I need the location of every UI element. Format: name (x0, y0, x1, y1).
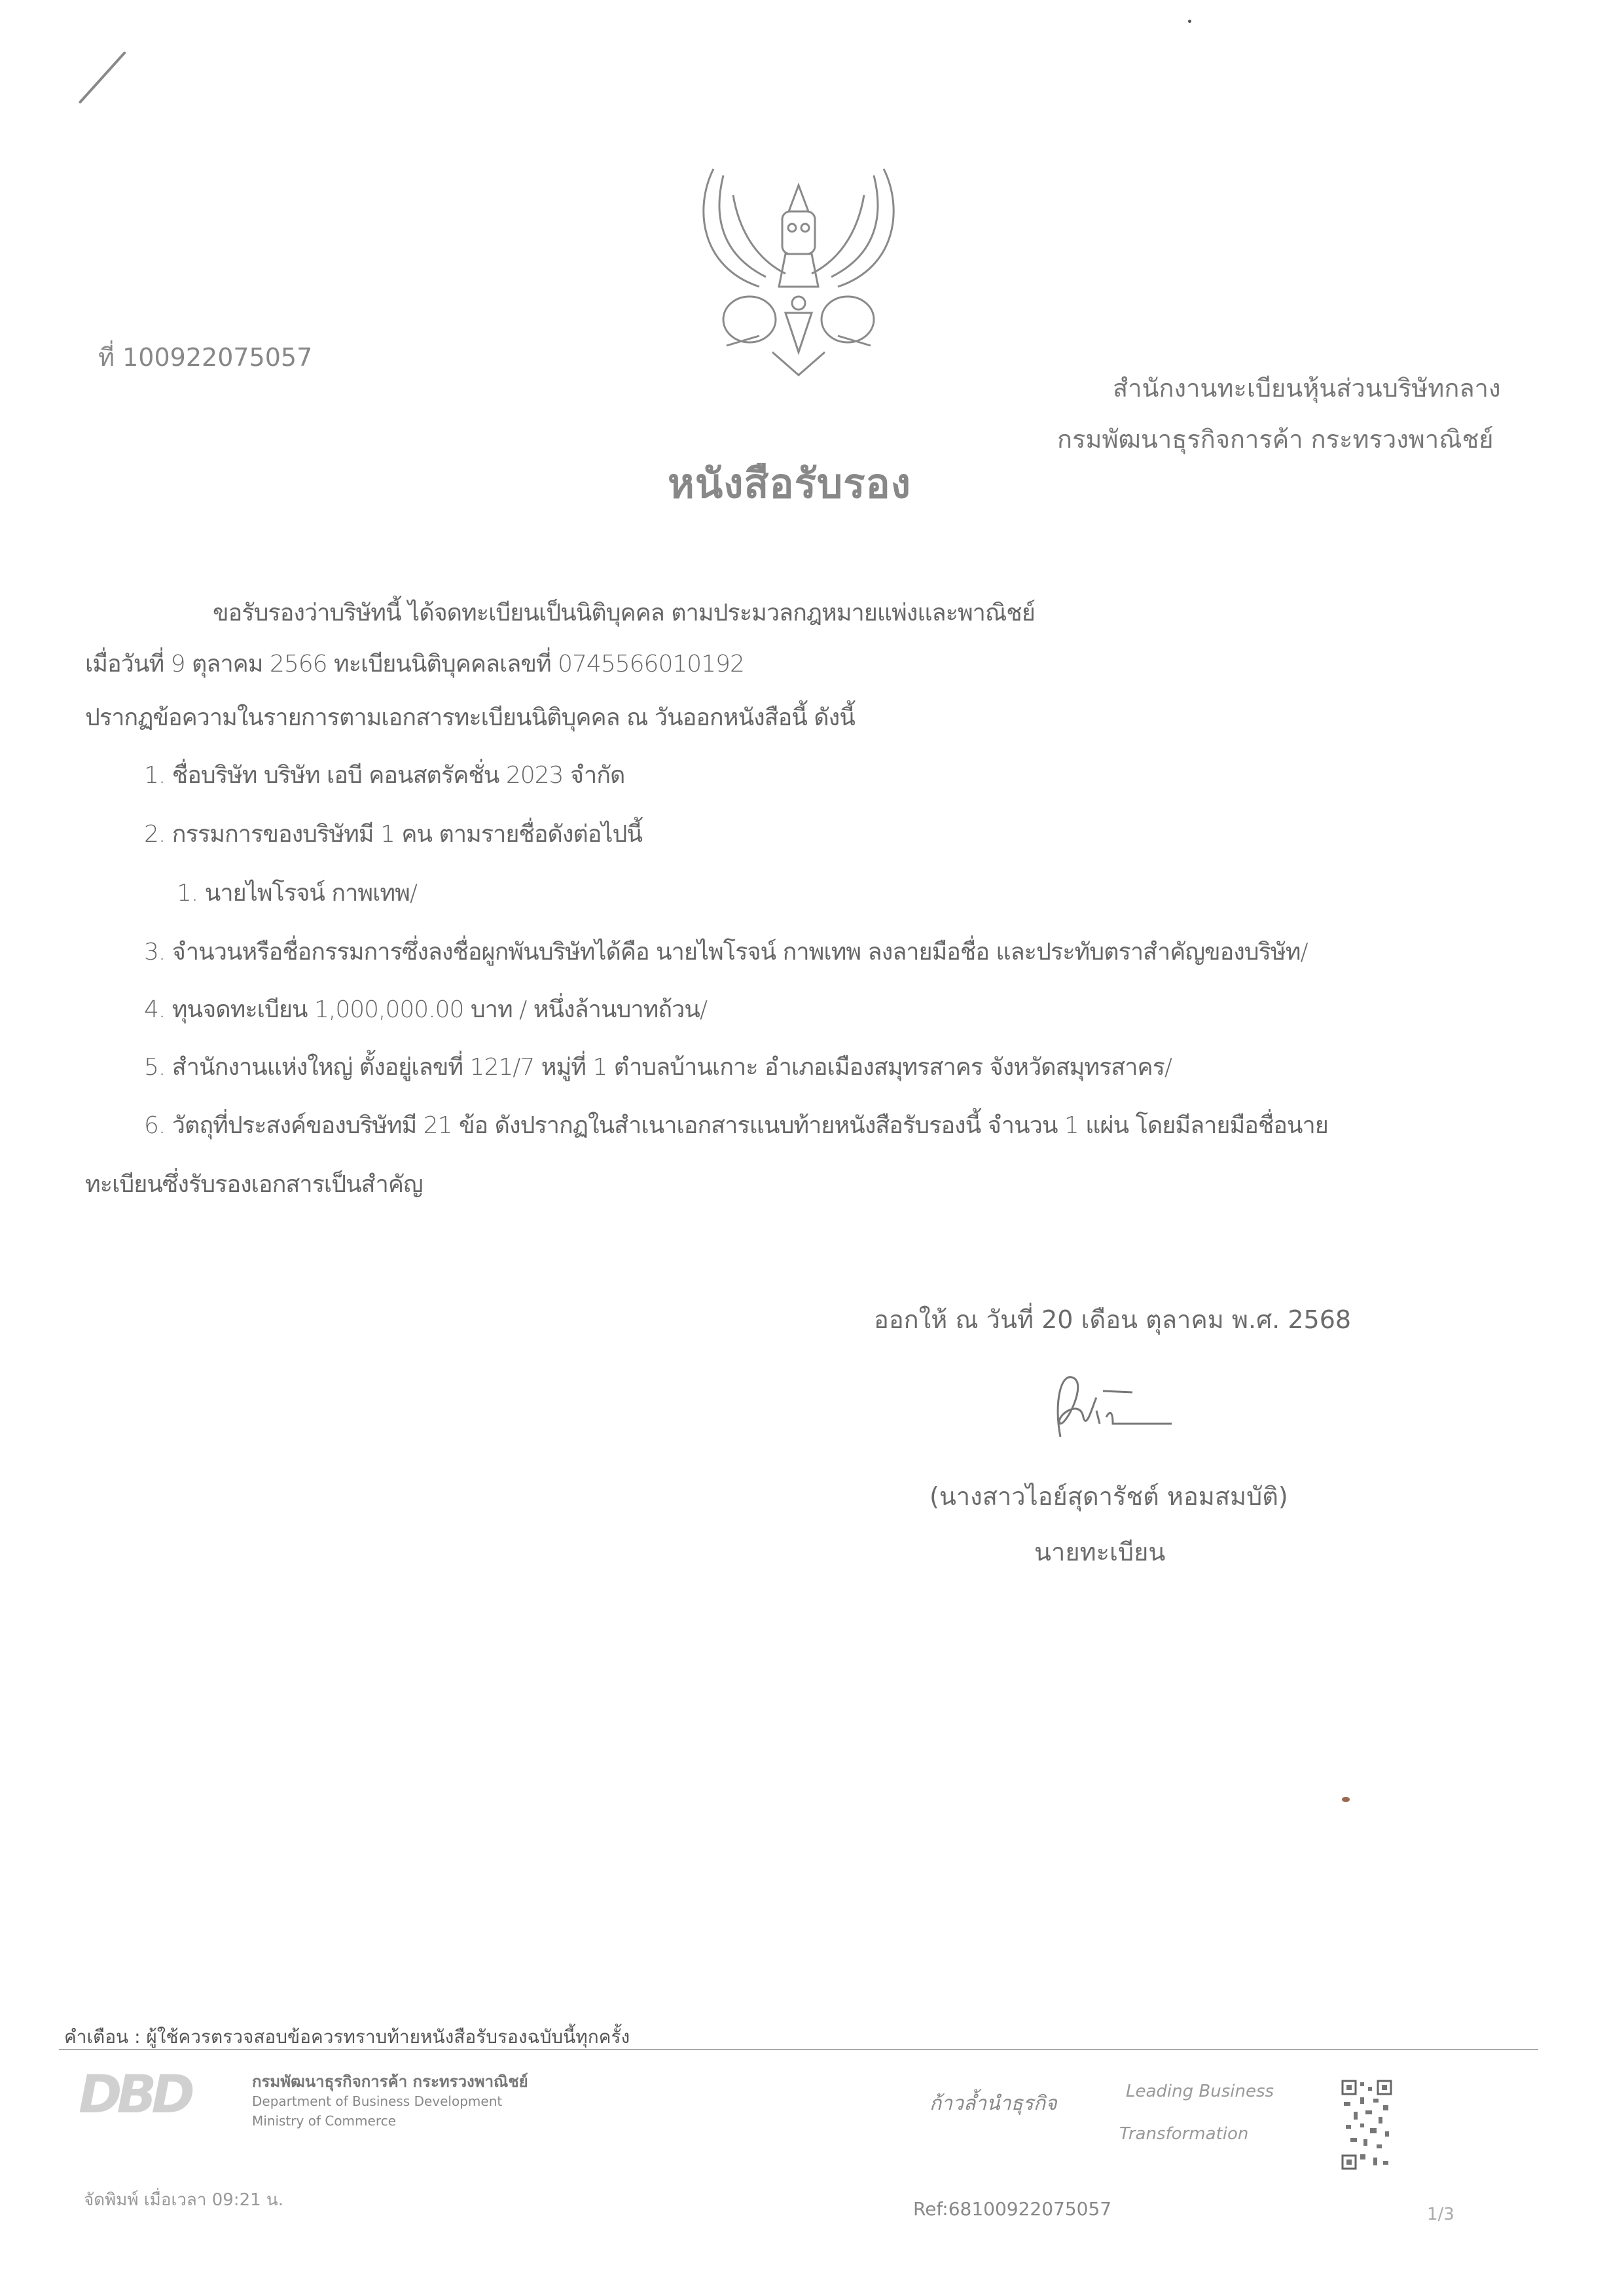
department-name: กรมพัฒนาธุรกิจการค้า กระทรวงพาณิชย์ (1057, 419, 1494, 459)
garuda-emblem-icon (687, 156, 910, 378)
signer-name: (นางสาวไอย์สุดารัชต์ หอมสมบัติ) (929, 1476, 1288, 1516)
item-objectives: 6. วัตถุที่ประสงค์ของบริษัทมี 21 ข้อ ดัง… (144, 1106, 1328, 1144)
handwritten-signature (1041, 1365, 1172, 1450)
scan-mark (79, 51, 126, 104)
speck-mark (1188, 20, 1191, 23)
item-registered-capital: 4. ทุนจดทะเบียน 1,000,000.00 บาท / หนึ่ง… (144, 990, 707, 1028)
slogan-thai: ก้าวล้ำนำธุรกิจ (929, 2088, 1057, 2119)
intro-line-3: ปรากฏข้อความในรายการตามเอกสารทะเบียนนิติ… (85, 698, 855, 736)
intro-line-1: ขอรับรองว่าบริษัทนี้ ได้จดทะเบียนเป็นนิต… (213, 594, 1035, 631)
dbd-logo: DBD (79, 2072, 236, 2118)
item-director-1: 1. นายไพโรจน์ กาพเทพ/ (177, 874, 417, 911)
signer-title: นายทะเบียน (1034, 1532, 1165, 1572)
ministry-name-english: Ministry of Commerce (252, 2113, 396, 2129)
printed-time: จัดพิมพ์ เมื่อเวลา 09:21 น. (84, 2186, 283, 2213)
item-directors: 2. กรรมการของบริษัทมี 1 คน ตามรายชื่อดัง… (144, 815, 642, 852)
org-name-thai: กรมพัฒนาธุรกิจการค้า กระทรวงพาณิชย์ (252, 2069, 528, 2094)
footer-divider (59, 2049, 1538, 2050)
document-number: ที่ 100922075057 (98, 337, 312, 377)
document-title: หนังสือรับรอง (668, 452, 911, 516)
org-name-english: Department of Business Development (252, 2093, 502, 2109)
item-company-name: 1. ชื่อบริษัท บริษัท เอบี คอนสตรัคชั่น 2… (144, 756, 624, 793)
item-authorized-signatory: 3. จำนวนหรือชื่อกรรมการซึ่งลงชื่อผูกพันบ… (144, 933, 1308, 970)
slogan-english-2: Transformation (1119, 2124, 1248, 2144)
slogan-english-1: Leading Business (1126, 2082, 1274, 2101)
intro-line-2: เมื่อวันที่ 9 ตุลาคม 2566 ทะเบียนนิติบุค… (85, 645, 744, 682)
reference-number: Ref:68100922075057 (913, 2198, 1111, 2220)
page-indicator: 1/3 (1427, 2205, 1454, 2224)
item-objectives-cont: ทะเบียนซึ่งรับรองเอกสารเป็นสำคัญ (85, 1165, 423, 1202)
warning-text: คำเตือน : ผู้ใช้ควรตรวจสอบข้อควรทราบท้าย… (64, 2023, 630, 2051)
qr-code-icon[interactable] (1341, 2079, 1393, 2171)
issued-date: ออกให้ ณ วันที่ 20 เดือน ตุลาคม พ.ศ. 256… (874, 1299, 1351, 1339)
stain-mark (1342, 1797, 1350, 1802)
item-head-office: 5. สำนักงานแห่งใหญ่ ตั้งอยู่เลขที่ 121/7… (144, 1048, 1172, 1085)
office-name: สำนักงานทะเบียนหุ้นส่วนบริษัทกลาง (1113, 368, 1501, 408)
